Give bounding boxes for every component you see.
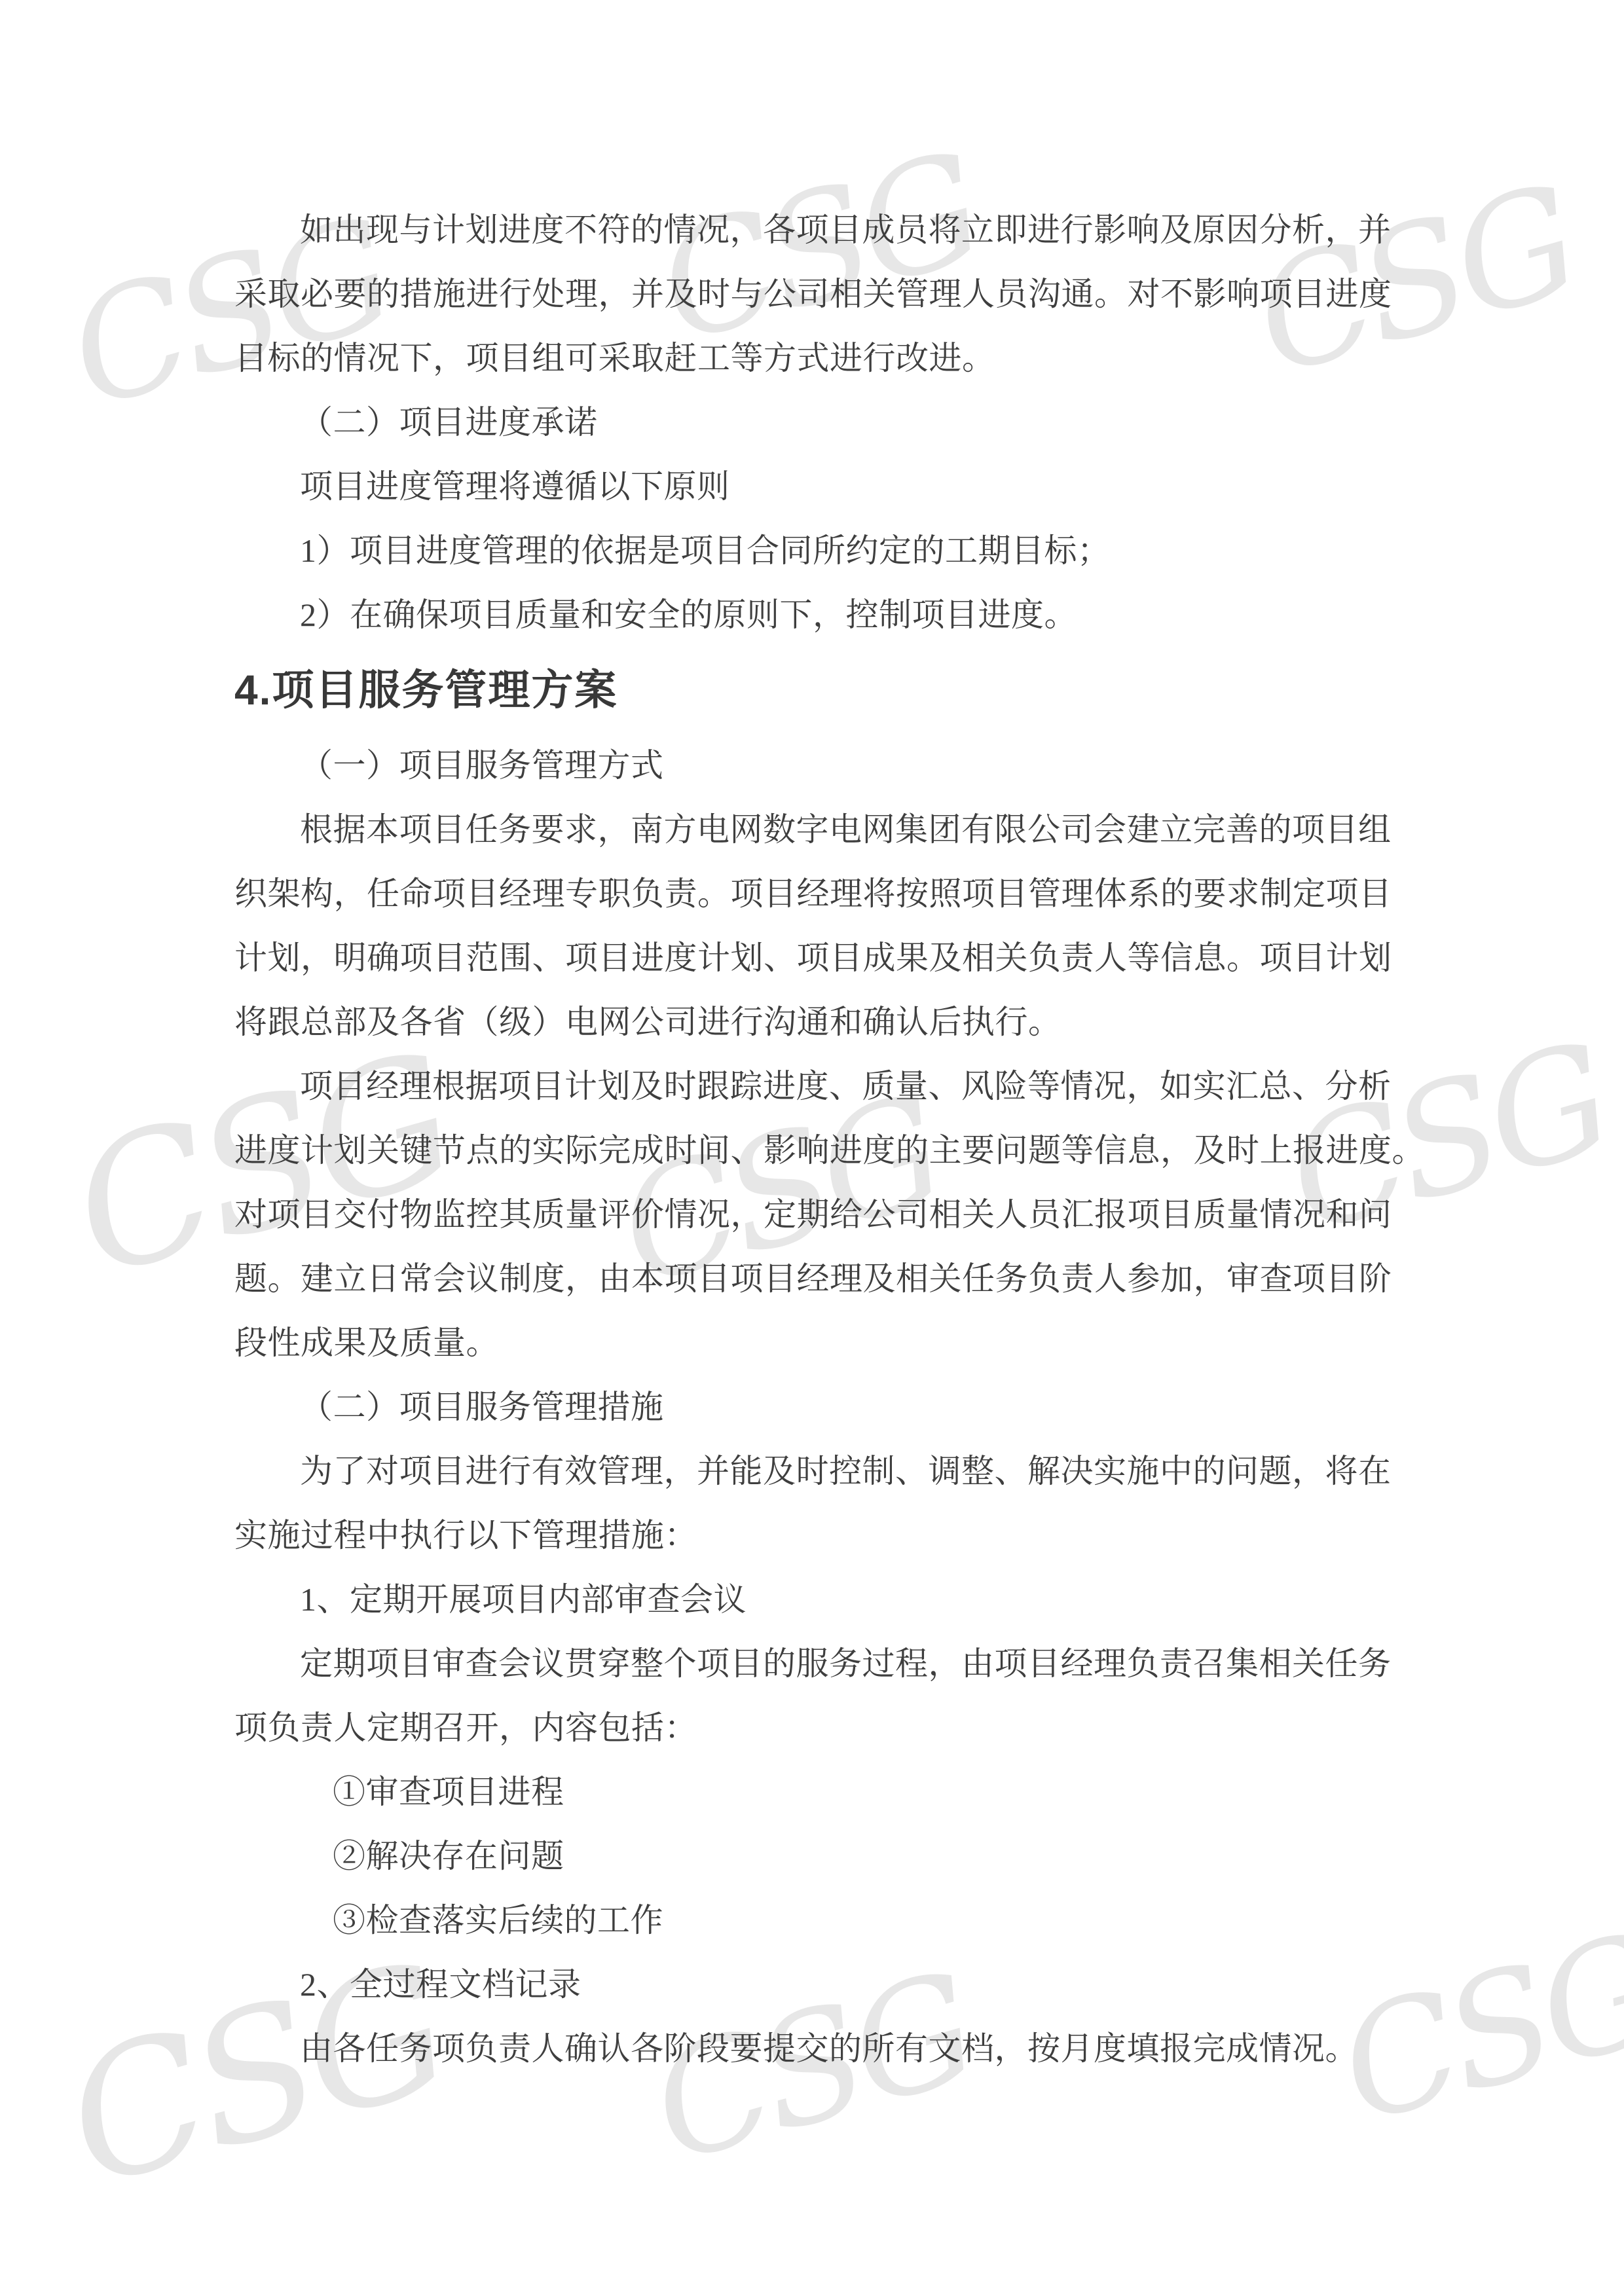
subsection-title: （一）项目服务管理方式 xyxy=(234,733,1384,797)
text-line: 项目进度管理将遵循以下原则 xyxy=(234,454,1384,519)
text-line: 计划，明确项目范围、项目进度计划、项目成果及相关负责人等信息。项目计划 xyxy=(234,926,1384,990)
subsection-title: （二）项目服务管理措施 xyxy=(234,1375,1384,1439)
section-heading: 4.项目服务管理方案 xyxy=(234,647,1384,733)
text-line: 根据本项目任务要求，南方电网数字电网集团有限公司会建立完善的项目组 xyxy=(234,797,1384,862)
text-line: 如出现与计划进度不符的情况，各项目成员将立即进行影响及原因分析，并 xyxy=(234,198,1384,262)
text-line: 进度计划关键节点的实际完成时间、影响进度的主要问题等信息，及时上报进度。 xyxy=(234,1118,1384,1182)
text-line: 题。建立日常会议制度，由本项目项目经理及相关任务负责人参加，审查项目阶 xyxy=(234,1247,1384,1311)
text-line: 将跟总部及各省（级）电网公司进行沟通和确认后执行。 xyxy=(234,990,1384,1054)
document-page: CSG CSG CSG CSG CSG CSG CSG CSG CSG 如出现与… xyxy=(0,0,1624,2296)
document-body: 如出现与计划进度不符的情况，各项目成员将立即进行影响及原因分析，并 采取必要的措… xyxy=(234,198,1384,2081)
text-line: 由各任务项负责人确认各阶段要提交的所有文档，按月度填报完成情况。 xyxy=(234,2016,1384,2081)
text-line: 定期项目审查会议贯穿整个项目的服务过程，由项目经理负责召集相关任务 xyxy=(234,1631,1384,1696)
list-item: 1、定期开展项目内部审查会议 xyxy=(234,1567,1384,1631)
list-item: 1）项目进度管理的依据是项目合同所约定的工期目标； xyxy=(234,519,1384,583)
text-line: 项负责人定期召开，内容包括： xyxy=(234,1696,1384,1760)
text-line: 为了对项目进行有效管理，并能及时控制、调整、解决实施中的问题，将在 xyxy=(234,1439,1384,1503)
list-item: ②解决存在问题 xyxy=(234,1824,1384,1888)
list-item: ③检查落实后续的工作 xyxy=(234,1888,1384,1952)
list-item: 2）在确保项目质量和安全的原则下，控制项目进度。 xyxy=(234,583,1384,647)
text-line: 实施过程中执行以下管理措施： xyxy=(234,1503,1384,1567)
text-line: 段性成果及质量。 xyxy=(234,1311,1384,1375)
subsection-title: （二）项目进度承诺 xyxy=(234,390,1384,454)
text-line: 目标的情况下，项目组可采取赶工等方式进行改进。 xyxy=(234,326,1384,390)
text-line: 织架构，任命项目经理专职负责。项目经理将按照项目管理体系的要求制定项目 xyxy=(234,862,1384,926)
list-item: 2、全过程文档记录 xyxy=(234,1952,1384,2016)
list-item: ①审查项目进程 xyxy=(234,1760,1384,1824)
text-line: 项目经理根据项目计划及时跟踪进度、质量、风险等情况，如实汇总、分析 xyxy=(234,1054,1384,1118)
text-line: 对项目交付物监控其质量评价情况，定期给公司相关人员汇报项目质量情况和问 xyxy=(234,1182,1384,1247)
text-line: 采取必要的措施进行处理，并及时与公司相关管理人员沟通。对不影响项目进度 xyxy=(234,262,1384,326)
